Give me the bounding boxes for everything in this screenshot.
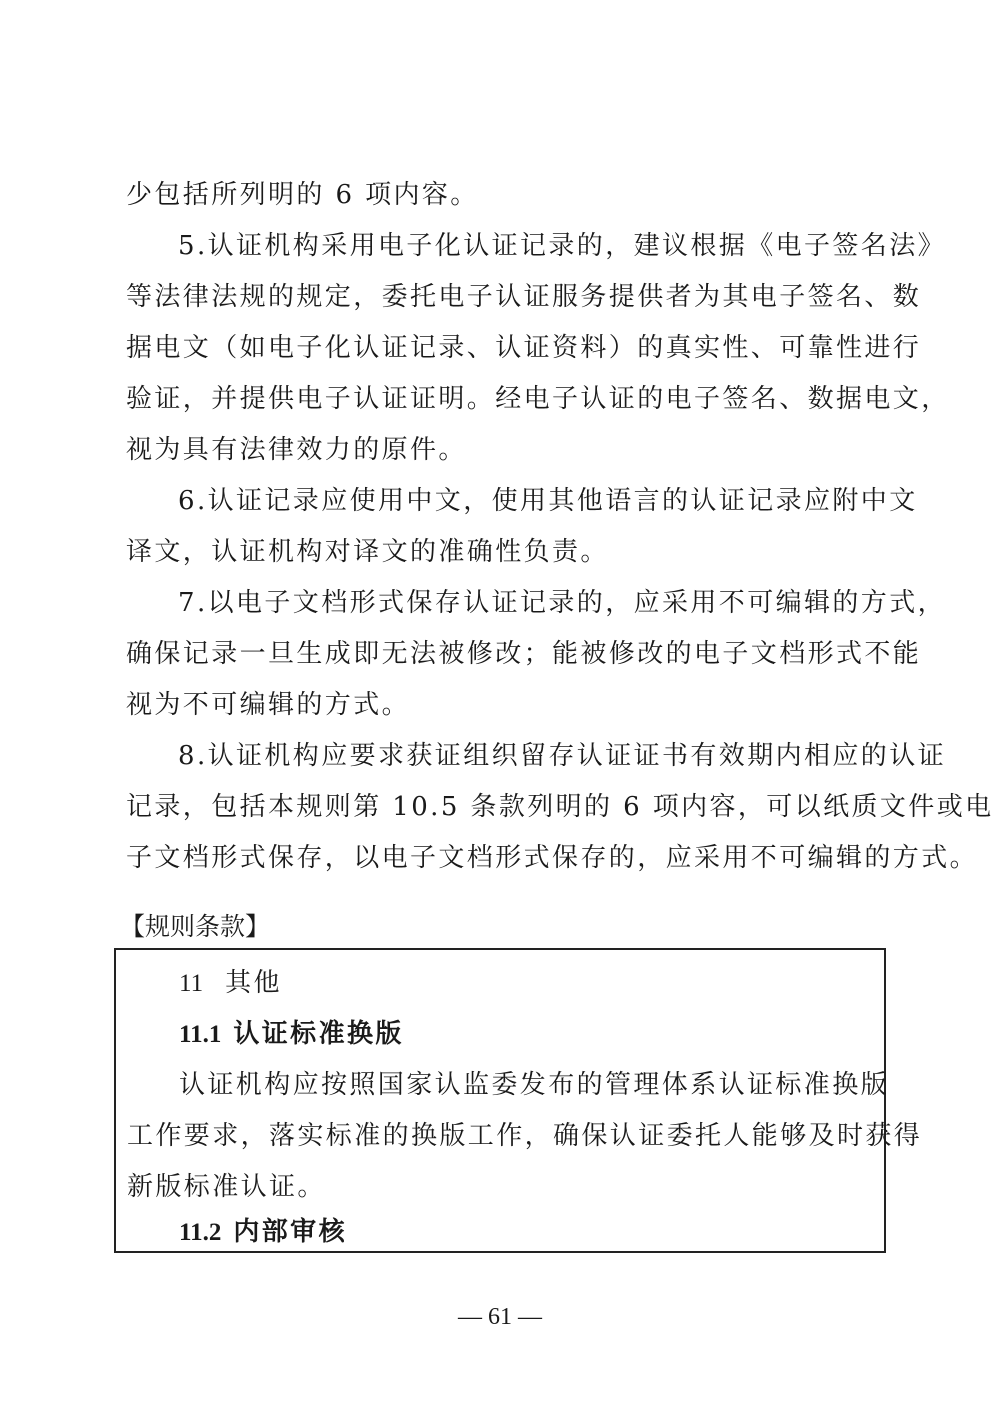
item-5-line-4: 验证，并提供电子认证证明。经电子认证的电子签名、数据电文，	[126, 384, 886, 414]
subsection-11-1-title: 认证标准换版	[233, 1019, 403, 1049]
rule-clause-box: 11其他 11.1认证标准换版 认证机构应按照国家认监委发布的管理体系认证标准换…	[114, 948, 886, 1253]
subsection-11-2-number: 11.2	[179, 1219, 221, 1246]
subsection-11-1-paragraph-line-3: 新版标准认证。	[127, 1172, 326, 1202]
subsection-11-1-heading: 11.1认证标准换版	[179, 1019, 404, 1050]
body-line-continuation: 少包括所列明的 6 项内容。	[126, 180, 886, 210]
subsection-11-1-number: 11.1	[179, 1021, 221, 1048]
chapter-number: 11	[179, 970, 203, 997]
item-7-line-3: 视为不可编辑的方式。	[126, 690, 886, 720]
item-5-line-5: 视为具有法律效力的原件。	[126, 435, 886, 465]
item-7-line-2: 确保记录一旦生成即无法被修改；能被修改的电子文档形式不能	[126, 639, 886, 669]
item-8-line-3: 子文档形式保存，以电子文档形式保存的，应采用不可编辑的方式。	[126, 843, 886, 873]
subsection-11-2-title: 内部审核	[233, 1217, 347, 1247]
chapter-title: 其他	[225, 968, 282, 998]
item-5-line-2: 等法律法规的规定，委托电子认证服务提供者为其电子签名、数	[126, 282, 886, 312]
chapter-heading: 11其他	[179, 968, 282, 999]
item-5-line-3: 据电文（如电子化认证记录、认证资料）的真实性、可靠性进行	[126, 333, 886, 363]
subsection-11-1-paragraph-line-1: 认证机构应按照国家认监委发布的管理体系认证标准换版	[179, 1070, 889, 1100]
item-7-line-1: 7.以电子文档形式保存认证记录的，应采用不可编辑的方式，	[178, 588, 938, 618]
item-6-line-1: 6.认证记录应使用中文，使用其他语言的认证记录应附中文	[178, 486, 938, 516]
subsection-11-1-paragraph-line-2: 工作要求，落实标准的换版工作，确保认证委托人能够及时获得	[127, 1121, 922, 1151]
subsection-11-2-heading: 11.2内部审核	[179, 1217, 347, 1248]
item-5-line-1: 5.认证机构采用电子化认证记录的，建议根据《电子签名法》	[178, 231, 938, 261]
item-6-line-2: 译文，认证机构对译文的准确性负责。	[126, 537, 886, 567]
section-label-rule-clauses: 【规则条款】	[120, 912, 270, 942]
document-page: 少包括所列明的 6 项内容。 5.认证机构采用电子化认证记录的，建议根据《电子签…	[0, 0, 1000, 1414]
item-8-line-1: 8.认证机构应要求获证组织留存认证证书有效期内相应的认证	[178, 741, 938, 771]
item-8-line-2: 记录，包括本规则第 10.5 条款列明的 6 项内容，可以纸质文件或电	[126, 792, 886, 822]
page-number: — 61 —	[0, 1302, 1000, 1332]
